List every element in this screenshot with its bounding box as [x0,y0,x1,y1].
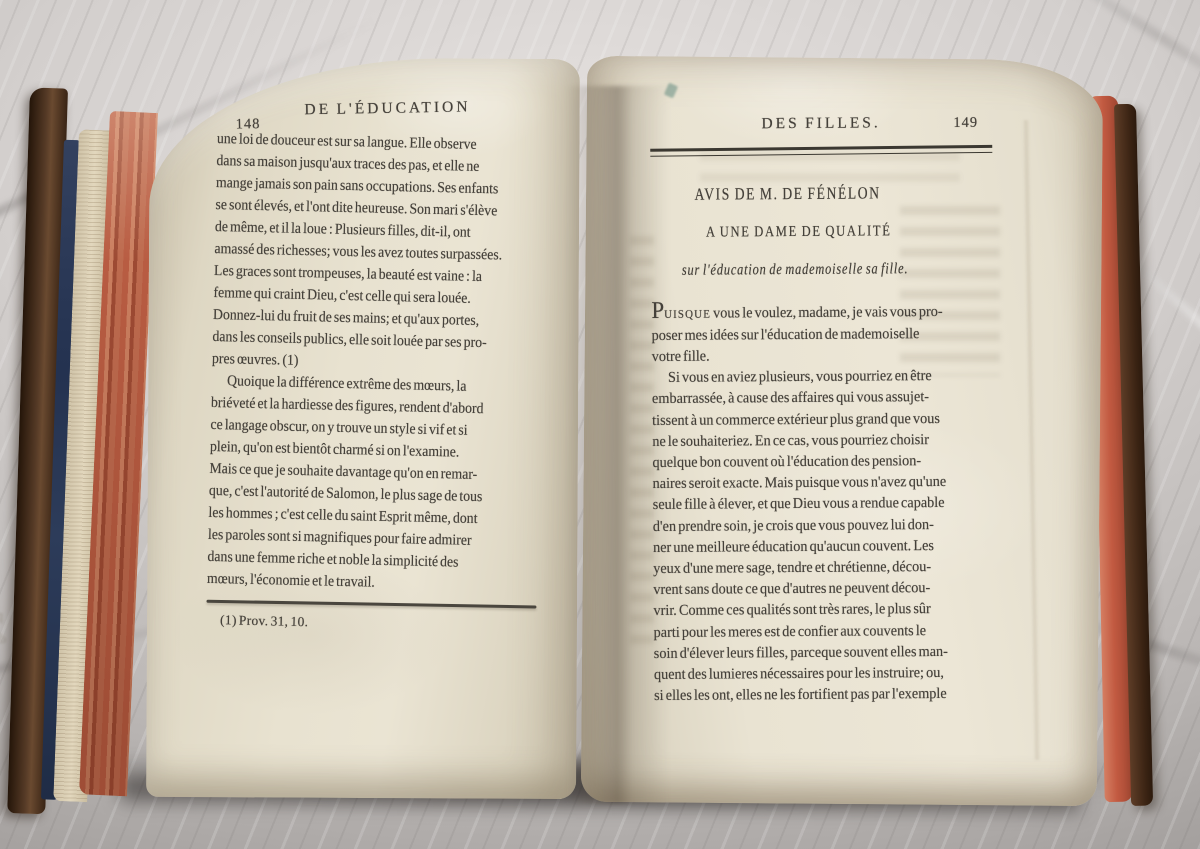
section-subtitle-italic: sur l'éducation de mademoiselle sa fille… [658,258,932,281]
text-line: Puisque vous le voulez, madame, je vais … [651,301,976,325]
right-running-head: DES FILLES. 149 [650,110,992,134]
left-running-header: DE L'ÉDUCATION [304,96,470,121]
left-bleedthrough-text: plus vêtemens. Elledes ceintures qu'elle… [0,603,224,702]
text-line: ne le souhaiteriez. En ce cas, vous pour… [652,430,977,453]
left-page-text: 148 DE L'ÉDUCATION une loi de douceur es… [206,94,558,639]
footnote-rule [206,600,536,609]
text-line: quent des lumieres nécessaires pour les … [654,663,979,686]
text-line: si elles les ont, elles ne les fortifien… [654,684,979,707]
lp-paragraph-2: Quoique la différence extrême des mœurs,… [207,370,552,598]
text-line: naires seroit exacte. Mais puisque vous … [653,472,978,495]
text-line: seule fille à élever, et que Dieu vous a… [653,493,978,516]
text-line: vrent sans doute ce que d'autres ne peuv… [653,578,978,601]
rp-paragraph-2: Si vous en aviez plusieurs, vous pourrie… [652,366,996,708]
text-line: yeux d'une mere sage, tendre et chrétien… [653,557,978,580]
section-title: AVIS DE M. DE FÉNÉLON [651,182,925,205]
text-line: Si vous en aviez plusieurs, vous pourrie… [652,366,977,389]
right-running-header: DES FILLES. [761,112,880,134]
text-line: tissent à un commerce extérieur plus gra… [652,408,977,431]
double-rule [650,145,992,157]
text-line: d'en prendre soin, je crois que vous pou… [653,514,978,537]
text-line: parti pour les meres est de confier aux … [654,620,979,643]
text-line: embarrassée, à cause des affaires qui vo… [652,387,977,410]
right-page-text: DES FILLES. 149 AVIS DE M. DE FÉNÉLON A … [650,110,996,708]
text-line: poser mes idées sur l'éducation de madem… [651,324,976,347]
text-line: vrir. Comme ces qualités sont très rares… [653,599,978,622]
text-line: votre fille. [652,345,977,368]
text-line: soin d'élever leurs filles, parceque sou… [654,642,979,665]
right-page-number: 149 [953,113,978,134]
section-subtitle: A UNE DAME DE QUALITÉ [655,221,942,244]
lp-paragraph-1: une loi de douceur est sur sa langue. El… [212,128,557,378]
text-line: quelque bon couvent où l'éducation des p… [652,451,977,474]
text-line: ner une meilleure éducation qu'aucun cou… [653,536,978,559]
photo-background: 148 DE L'ÉDUCATION une loi de douceur es… [0,0,1200,849]
rp-paragraph-1: Puisque vous le voulez, madame, je vais … [651,301,993,368]
